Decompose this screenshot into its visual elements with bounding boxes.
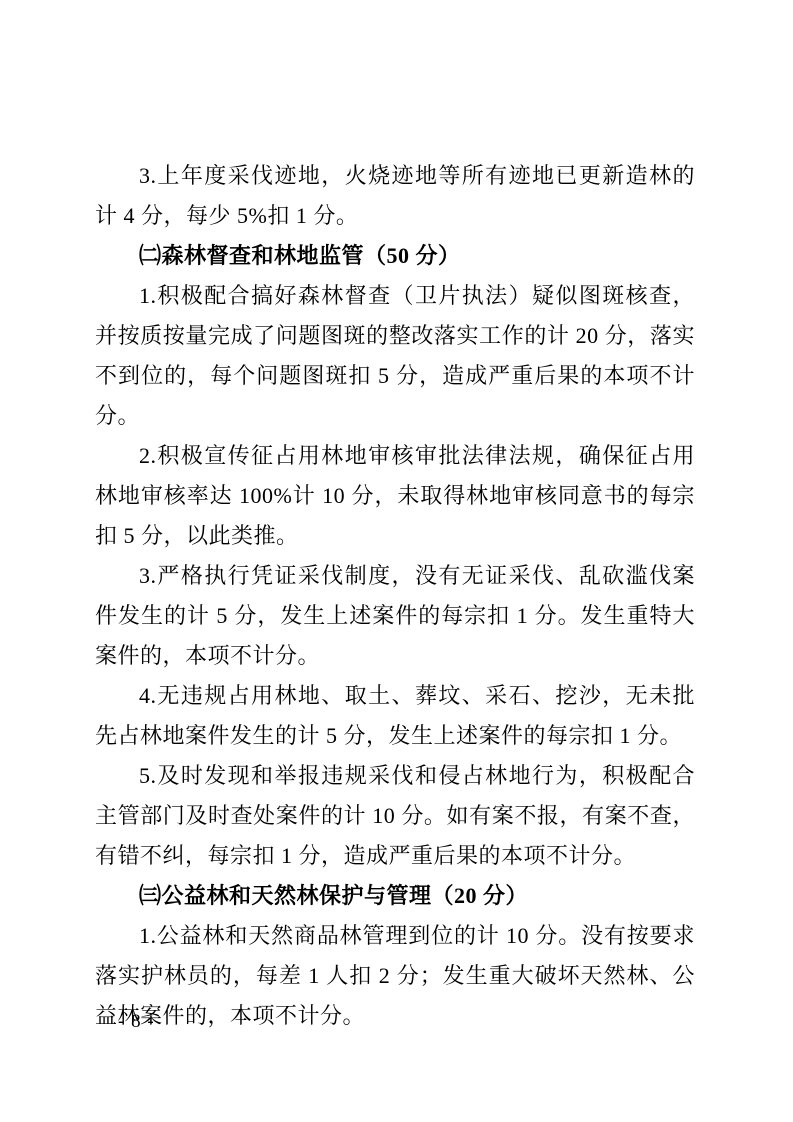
heading-section-3-public-welfare-forest: ㈢公益林和天然林保护与管理（20 分）	[95, 876, 695, 916]
document-body: 3.上年度采伐迹地，火烧迹地等所有迹地已更新造林的计 4 分，每少 5%扣 1 …	[95, 156, 695, 1036]
document-page: 3.上年度采伐迹地，火烧迹地等所有迹地已更新造林的计 4 分，每少 5%扣 1 …	[0, 0, 793, 1122]
paragraph-supervision-1: 1.积极配合搞好森林督查（卫片执法）疑似图斑核查，并按质按量完成了问题图斑的整改…	[95, 276, 695, 436]
heading-section-2-forest-supervision: ㈡森林督查和林地监管（50 分）	[95, 236, 695, 276]
page-number: - 8 -	[118, 1010, 155, 1034]
paragraph-prev-item-3: 3.上年度采伐迹地，火烧迹地等所有迹地已更新造林的计 4 分，每少 5%扣 1 …	[95, 156, 695, 236]
paragraph-supervision-4: 4.无违规占用林地、取土、葬坟、采石、挖沙，无未批先占林地案件发生的计 5 分，…	[95, 676, 695, 756]
paragraph-welfare-1: 1.公益林和天然商品林管理到位的计 10 分。没有按要求落实护林员的，每差 1 …	[95, 916, 695, 1036]
paragraph-supervision-3: 3.严格执行凭证采伐制度，没有无证采伐、乱砍滥伐案件发生的计 5 分，发生上述案…	[95, 556, 695, 676]
paragraph-supervision-2: 2.积极宣传征占用林地审核审批法律法规，确保征占用林地审核率达 100%计 10…	[95, 436, 695, 556]
paragraph-supervision-5: 5.及时发现和举报违规采伐和侵占林地行为，积极配合主管部门及时查处案件的计 10…	[95, 756, 695, 876]
